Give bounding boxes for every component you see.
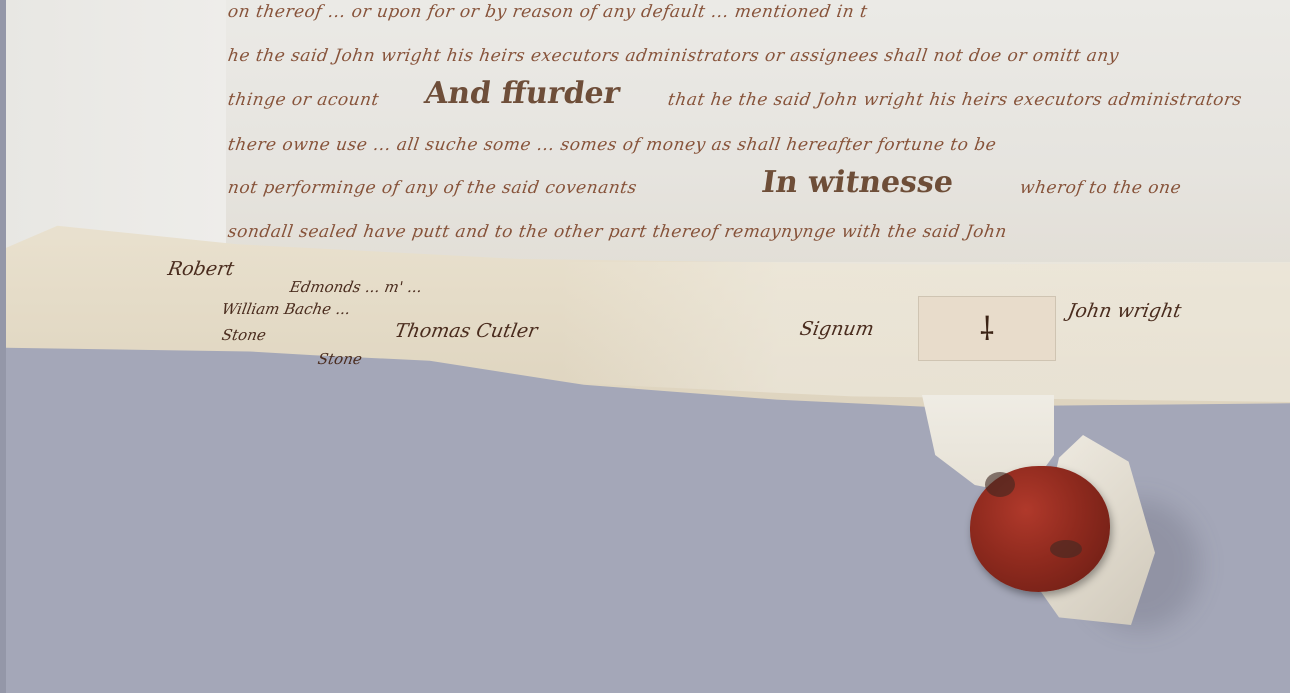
document-line-2: he the said John wright his heirs execut…	[227, 46, 1121, 66]
document-line-1: on thereof ... or upon for or by reason …	[227, 2, 869, 22]
seal-wear-spot	[1050, 540, 1082, 558]
document-line-4: that he the said John wright his heirs e…	[667, 90, 1244, 110]
heading-and-furder: And ffurder	[423, 76, 623, 111]
heading-in-witnesse: In witnesse	[760, 165, 956, 200]
signature-john-wright: John wright	[1066, 300, 1183, 322]
document-line-8: sondall sealed have putt and to the othe…	[227, 222, 1009, 242]
signature-thomas-cutler: Thomas Cutler	[393, 320, 539, 342]
signature-stone-1: Stone	[220, 326, 267, 344]
signature-robert: Robert	[166, 258, 236, 280]
signature-edmonds: Edmonds ... m' ...	[288, 278, 423, 296]
signum-label: Signum	[798, 318, 876, 340]
document-line-7: wherof to the one	[1019, 178, 1183, 198]
signature-william-bache: William Bache ...	[220, 300, 351, 318]
seal-wear-spot	[985, 472, 1015, 497]
mark-glyph-icon: ⸸	[919, 297, 1055, 360]
mark-box: ⸸	[918, 296, 1056, 361]
document-line-5: there owne use ... all suche some ... so…	[227, 135, 998, 155]
document-line-6: not performinge of any of the said coven…	[227, 178, 639, 198]
document-line-3: thinge or acount	[227, 90, 381, 110]
signature-stone-2: Stone	[316, 350, 363, 368]
